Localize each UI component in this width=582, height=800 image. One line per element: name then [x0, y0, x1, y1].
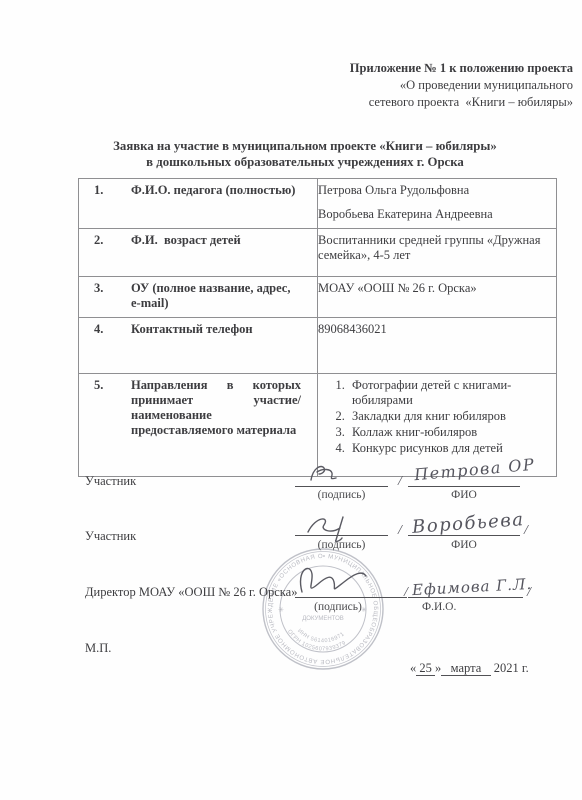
date-year: 2021 г. — [494, 661, 529, 675]
stamp-center-text: ДОКУМЕНТОВ — [302, 616, 344, 622]
row-label: Ф.И. возраст детей — [131, 233, 307, 248]
project-line-2: сетевого проекта «Книги – юбиляры» — [350, 94, 573, 111]
name-line — [408, 597, 523, 598]
signature-caption: (подпись) — [288, 601, 388, 613]
slash-separator: / — [398, 474, 402, 490]
material-item: Фотографии детей с книгами-юбилярами — [348, 378, 546, 408]
name-line — [408, 535, 520, 536]
mp-label: М.П. — [85, 641, 111, 656]
row-number: 4. — [79, 322, 131, 337]
title-line-1: Заявка на участие в муниципальном проект… — [70, 138, 540, 154]
row-label: Ф.И.О. педагога (полностью) — [131, 183, 307, 198]
value-line: 89068436021 — [318, 322, 546, 337]
handwritten-name: Ефимова Г.Л. — [412, 575, 533, 599]
handwritten-name: Воробьева — [411, 509, 525, 538]
document-page: Приложение № 1 к положению проекта «О пр… — [0, 0, 582, 800]
participant1-signature-scribble — [303, 460, 363, 486]
trailing-slash: / — [527, 585, 531, 601]
table-row: 4. Контактный телефон 89068436021 — [79, 318, 557, 374]
page-title: Заявка на участие в муниципальном проект… — [70, 138, 540, 170]
name-caption: ФИО — [408, 489, 520, 501]
name-caption: Ф.И.О. — [408, 601, 502, 613]
director-signature-scribble — [288, 558, 380, 602]
header-block: Приложение № 1 к положению проекта «О пр… — [350, 60, 573, 111]
material-item: Закладки для книг юбиляров — [348, 409, 546, 424]
role-label: Директор МОАУ «ООШ № 26 г. Орска» — [85, 585, 297, 600]
row-label: ОУ (полное название, адрес, e-mail) — [131, 281, 307, 311]
value-line: МОАУ «ООШ № 26 г. Орска» — [318, 281, 546, 296]
value-line: Воспитанники средней группы «Дружная сем… — [318, 233, 546, 263]
appendix-line: Приложение № 1 к положению проекта — [350, 60, 573, 77]
row-number: 5. — [79, 378, 131, 438]
table-row: 3. ОУ (полное название, адрес, e-mail) М… — [79, 277, 557, 318]
material-list: Фотографии детей с книгами-юбилярами Зак… — [318, 378, 546, 456]
signature-caption: (подпись) — [295, 489, 388, 501]
stamp-star-left: ✳ — [278, 606, 284, 614]
table-row: 2. Ф.И. возраст детей Воспитанники средн… — [79, 229, 557, 277]
date-month: марта — [451, 661, 482, 675]
application-table: 1. Ф.И.О. педагога (полностью) Петрова О… — [78, 178, 557, 477]
slash-separator: / — [398, 523, 402, 539]
material-item: Коллаж книг-юбиляров — [348, 425, 546, 440]
date-day: 25 — [419, 661, 432, 675]
project-line-1: «О проведении муниципального — [350, 77, 573, 94]
row-number: 2. — [79, 233, 131, 248]
slash-separator: / — [404, 585, 408, 601]
signature-line — [295, 597, 407, 598]
name-caption: ФИО — [408, 539, 520, 551]
signature-line — [295, 486, 388, 487]
row-label: Направления в которых принимает участие/… — [131, 378, 307, 438]
date-line: « 25 » марта 2021 г. — [410, 661, 529, 676]
role-label: Участник — [85, 474, 136, 489]
table-row: 1. Ф.И.О. педагога (полностью) Петрова О… — [79, 179, 557, 229]
row-label: Контактный телефон — [131, 322, 307, 337]
role-label: Участник — [85, 529, 136, 544]
name-line — [408, 486, 520, 487]
signature-caption: (подпись) — [295, 539, 388, 551]
title-line-2: в дошкольных образовательных учреждениях… — [70, 154, 540, 170]
value-line: Петрова Ольга Рудольфовна — [318, 183, 546, 198]
signature-line — [295, 535, 388, 536]
material-item: Конкурс рисунков для детей — [348, 441, 546, 456]
trailing-slash: / — [524, 523, 528, 539]
row-number: 1. — [79, 183, 131, 198]
row-number: 3. — [79, 281, 131, 311]
value-line: Воробьева Екатерина Андреевна — [318, 207, 546, 222]
